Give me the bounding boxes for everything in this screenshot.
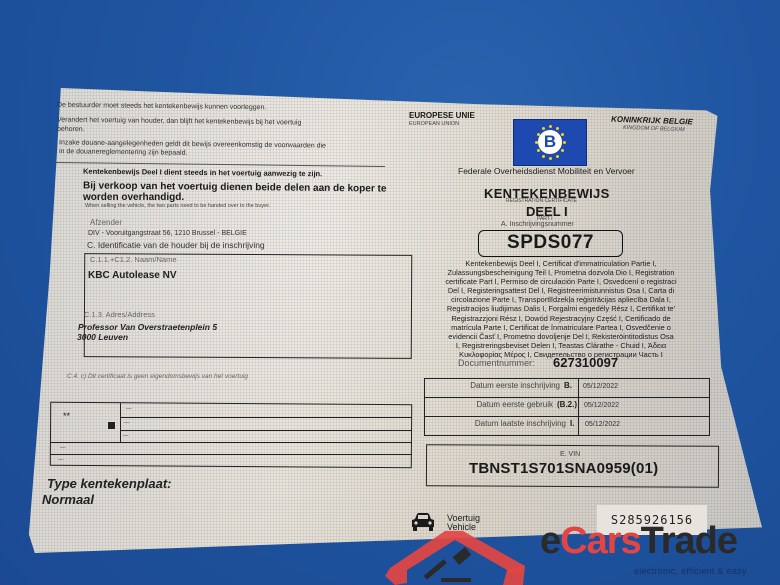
eu-belgium-flag: B bbox=[513, 119, 587, 166]
ownership-note: C.4. c) Dit certificaat is geen eigendom… bbox=[67, 373, 248, 380]
address-line-2: 3000 Leuven bbox=[77, 333, 128, 342]
date-label: Datum laatste inschrijving bbox=[475, 420, 566, 429]
registration-number-label: A. Inschrijvingsnummer bbox=[501, 221, 574, 229]
sender-label: Afzender bbox=[90, 219, 122, 228]
date-code: I. bbox=[570, 420, 574, 429]
holder-section-title: C. Identificatie van de houder bij de in… bbox=[87, 241, 265, 250]
grid-marker: ** bbox=[63, 412, 70, 422]
grid-divider bbox=[120, 430, 412, 431]
authority-name: Federale Overheidsdienst Mobiliteit en V… bbox=[458, 167, 635, 176]
grid-divider bbox=[120, 417, 412, 418]
grid-cell: — bbox=[123, 433, 129, 439]
multilanguage-line: circolazione Parte I, Transportlīdzekļa … bbox=[425, 295, 697, 304]
date-code: B. bbox=[564, 382, 572, 391]
vin-label: E. VIN bbox=[560, 451, 580, 459]
table-divider bbox=[578, 378, 579, 436]
grid-divider bbox=[50, 442, 412, 443]
date-label: Datum eerste inschrijving bbox=[470, 382, 560, 391]
vin-value: TBNST1S701SNA0959(01) bbox=[469, 461, 658, 478]
multilanguage-line: evidencii Časť I, Prometno dovoljenje De… bbox=[425, 332, 697, 341]
multilanguage-titles: Kentekenbewijs Deel I, Certificat d'imma… bbox=[425, 259, 697, 359]
date-label: Datum eerste gebruik bbox=[477, 401, 553, 410]
ecarstrade-tagline: electronic, efficient & easy bbox=[634, 566, 747, 576]
address-label: C.1.3. Adres/Address bbox=[84, 311, 155, 319]
date-value: 05/12/2022 bbox=[584, 402, 619, 410]
multilanguage-line: matrícula Parte I, Certificat de înmatri… bbox=[425, 323, 697, 332]
grid-cell: — bbox=[124, 420, 130, 426]
date-code: (B.2.) bbox=[557, 401, 577, 410]
ecarstrade-wordmark: eCarsTrade bbox=[540, 520, 737, 563]
multilanguage-line: Kentekenbewijs Deel I, Certificat d'imma… bbox=[425, 259, 697, 268]
grid-cell: — bbox=[60, 445, 66, 451]
address-line-1: Professor Van Overstraetenplein 5 bbox=[78, 323, 217, 332]
document-number: 627310097 bbox=[553, 356, 618, 370]
notice-holder-change-2: behoren. bbox=[57, 126, 85, 134]
sale-notice-2: worden overhandigd. bbox=[83, 192, 184, 203]
sale-notice-en: When selling the vehicle, the two parts … bbox=[85, 203, 270, 209]
name-label: C.1.1.+C1.2. Naam/Name bbox=[90, 256, 177, 264]
sender-value: DIV - Vooruitgangstraat 56, 1210 Brussel… bbox=[88, 230, 247, 238]
table-divider bbox=[424, 416, 710, 417]
plate-type-label: Type kentekenplaat: bbox=[47, 477, 172, 491]
plate-type-value: Normaal bbox=[42, 493, 94, 507]
table-divider bbox=[424, 397, 710, 398]
holder-box bbox=[84, 253, 413, 359]
multilanguage-line: Registrazzjoni Rész I, Dowód Rejestracyj… bbox=[425, 314, 697, 323]
eu-label: EUROPESE UNIE bbox=[409, 112, 475, 121]
registration-number: SPDS077 bbox=[478, 230, 623, 257]
multilanguage-line: Zulassungsbescheinigung Teil I, Prometna… bbox=[425, 268, 697, 277]
grid-cell: — bbox=[58, 457, 64, 463]
multilanguage-line: Registracijos liudijimas Dalis I, Forgal… bbox=[425, 304, 697, 313]
multilanguage-line: I, Registreringsbeviset Delen I, Teastas… bbox=[425, 341, 697, 350]
vehicle-info-grid bbox=[50, 402, 412, 469]
multilanguage-line: certificate Part I, Permiso de circulaci… bbox=[425, 277, 697, 286]
document-number-label: Documentnummer: bbox=[458, 359, 535, 369]
belgium-letter-icon: B bbox=[538, 130, 562, 154]
square-bullet-icon bbox=[108, 422, 115, 429]
grid-divider bbox=[120, 403, 121, 442]
holder-name: KBC Autolease NV bbox=[88, 270, 177, 281]
notice-customs-2: in de douanereglementering zijn bepaald. bbox=[59, 148, 188, 157]
multilanguage-line: Del I, Registeringsattest Del I, Registr… bbox=[425, 286, 697, 295]
grid-cell: — bbox=[126, 406, 132, 412]
grid-divider bbox=[50, 454, 412, 455]
date-value: 05/12/2022 bbox=[585, 421, 620, 429]
eu-label-en: EUROPEAN UNION bbox=[409, 121, 459, 127]
date-value: 05/12/2022 bbox=[583, 383, 618, 391]
